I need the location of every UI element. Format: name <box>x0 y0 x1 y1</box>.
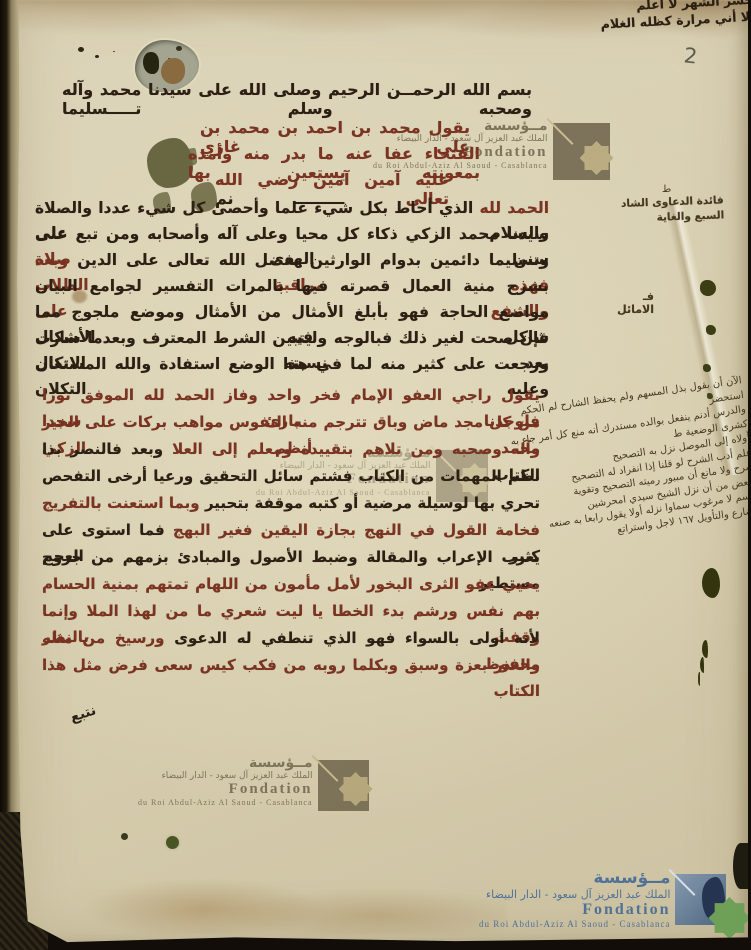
manuscript-line: من كل مجد ماض وباق تترجم منه النفوس مواه… <box>42 409 540 436</box>
watermark-arabic-subtitle: الملك عبد العزيز آل سعود - الدار البيضاء <box>162 771 313 782</box>
manuscript-line: فخامة القول في النهج بجازة اليقين فغير ا… <box>42 517 540 544</box>
text-segment: فـ <box>643 290 654 303</box>
book-scan: مــؤسسة الملك عبد العزيز آل سعود - الدار… <box>0 0 751 950</box>
eight-point-star-icon <box>708 897 750 939</box>
logo-slash <box>546 118 573 145</box>
manuscript-page: مــؤسسة الملك عبد العزيز آل سعود - الدار… <box>16 0 748 944</box>
text-segment: تحري بها لوسيلة مرضية أو كتبه موقفة بتحب… <box>205 494 540 512</box>
manuscript-line: وآله وصحبه ومن تلاهم بتقييده ومعلم إلى ا… <box>42 436 540 463</box>
text-segment: يحيي عفو الثرى البخور لأمل مأمون من الله… <box>42 575 540 593</box>
foundation-logo-icon <box>553 123 610 180</box>
edge-ink-blobs <box>702 568 720 598</box>
eight-point-star-icon <box>339 772 373 806</box>
catchword: نتبع <box>68 702 98 725</box>
foundation-watermark-text: مــؤسسة الملك عبد العزيز آل سعود - الدار… <box>138 756 313 808</box>
manuscript-line: يقول راجي العفو الإمام فخر واحد وفاز الح… <box>42 382 540 409</box>
manuscript-line: لأنه أولى بالسواء فهو الذي تنطفي له الدع… <box>42 625 540 652</box>
water-stain-bottom <box>76 872 506 934</box>
text-segment: وتسليما دائمين بدوام الوارثين بفضل الله … <box>77 251 549 269</box>
small-hole <box>166 836 179 849</box>
text-segment: والعذر بعزة وسبق وبكلما روبه من فكب كيس … <box>42 656 540 700</box>
margin-note-top: فائدة الدعاوى الشادالسبع والغاية <box>572 193 725 228</box>
text-segment: بسم الله الرحمــن الرحيم وصلى الله على س… <box>62 80 532 118</box>
edge-dark-blob <box>733 843 748 889</box>
watermark-arabic-subtitle: الملك عبد العزيز آل سعود - الدار البيضاء <box>486 888 671 901</box>
text-segment: لأنه أولى بالسواء فهو الذي تنطفي له الدع… <box>174 629 540 647</box>
manuscript-line: والعذر بعزة وسبق وبكلما روبه من فكب كيس … <box>42 652 540 679</box>
eight-point-star-icon <box>580 141 614 175</box>
ink-dots <box>78 47 84 52</box>
edge-ink-blobs <box>700 280 716 296</box>
text-segment: الحمد لله <box>480 199 549 217</box>
text-segment: بشرح منية العمال قصرته فيها بالمرات التف… <box>35 277 549 295</box>
foundation-logo-icon <box>675 874 726 925</box>
manuscript-line: نظم المهمات من الكتاب فشتم سائل التحقيق … <box>42 463 540 490</box>
watermark-latin-subtitle: du Roi Abdul-Aziz Al Saoud - Casablanca <box>138 798 313 808</box>
manuscript-line: فإن صحت لغير ذلك فبالوجه وليتبين الشرط ا… <box>35 326 549 352</box>
text-segment: وبما استعنت بالتفريج <box>42 494 205 512</box>
manuscript-line: سيدنا محمد الزكي ذكاء كل محيا وعلى آله و… <box>35 222 549 248</box>
main-text-block: الحمد لله الذي أحاط بكل شيء علما وأحصى ك… <box>35 196 549 378</box>
manuscript-line: وتسليما دائمين بدوام الوارثين بفضل الله … <box>35 248 549 274</box>
text-segment: فائدة الدعاوى الشاد <box>621 194 724 210</box>
foundation-watermark-color: مــؤسسة الملك عبد العزيز آل سعود - الدار… <box>479 870 726 930</box>
manuscript-line: يعرب الإعراب والمقالة وضبط الأصول والمبا… <box>42 544 540 571</box>
manuscript-line: بشرح منية العمال قصرته فيها بالمرات التف… <box>35 274 549 300</box>
text-segment: الامائل <box>617 303 654 316</box>
watermark-arabic-title: مــؤسسة <box>249 756 313 771</box>
manuscript-line: يحيي عفو الثرى البخور لأمل مأمون من الله… <box>42 571 540 598</box>
poem-text-block: يقول راجي العفو الإمام فخر واحد وفاز الح… <box>42 382 540 679</box>
manuscript-line: الحمد لله الذي أحاط بكل شيء علما وأحصى ك… <box>35 196 549 222</box>
logo-slash <box>669 869 696 896</box>
pencil-page-number: 2 <box>683 43 699 68</box>
watermark-arabic-title: مــؤسسة <box>593 870 670 888</box>
margin-note-mark: ط <box>662 184 671 195</box>
manuscript-line: بهم نفس ورشم بدء الخطا يا ليت شعري ما من… <box>42 598 540 625</box>
foundation-watermark: مــؤسسة الملك عبد العزيز آل سعود - الدار… <box>138 756 369 811</box>
watermark-arabic-title: مــؤسسة <box>484 119 548 134</box>
manuscript-line: ورجعت على كثير منه لما في هذا الوضع استف… <box>35 352 549 378</box>
text-segment: وآله وصحبه ومن تلاهم بتقييده ومعلم إلى ا… <box>172 440 540 458</box>
foundation-logo-icon <box>318 760 369 811</box>
text-segment: فخامة القول في النهج بجازة اليقين فغير ا… <box>173 521 540 539</box>
manuscript-line: مواضع الحاجة فهو بأبلغ الأمثال من الأمثا… <box>35 300 549 326</box>
watermark-latin-title: Fondation <box>229 781 313 798</box>
text-segment: نظم المهمات من الكتاب فشتم سائل التحقيق … <box>42 467 540 485</box>
logo-silhouette <box>702 877 725 920</box>
manuscript-line: فـ <box>572 290 654 303</box>
basmala-line: بسم الله الرحمــن الرحيم وصلى الله على س… <box>62 80 532 118</box>
hole-dark-spot <box>143 52 159 74</box>
olive-ink-stain <box>147 138 193 188</box>
foundation-watermark-text: مــؤسسة الملك عبد العزيز آل سعود - الدار… <box>479 870 670 930</box>
text-segment: السبع والغاية <box>656 209 724 223</box>
watermark-latin-title: Fondation <box>582 901 670 919</box>
manuscript-line: تحري بها لوسيلة مرضية أو كتبه موقفة بتحب… <box>42 490 540 517</box>
watermark-latin-subtitle: du Roi Abdul-Aziz Al Saoud - Casablanca <box>479 919 670 931</box>
manuscript-line: الامائل <box>572 303 654 316</box>
margin-note-small: فـالامائل <box>572 290 654 316</box>
logo-slash <box>311 755 338 782</box>
